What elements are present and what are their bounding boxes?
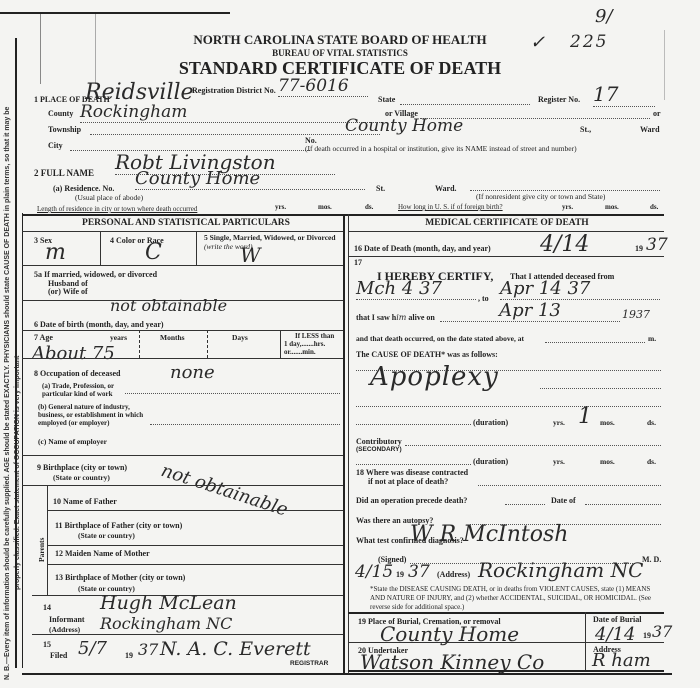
days-label: Days	[232, 333, 248, 342]
length-residence-label: Length of residence in city or town wher…	[37, 205, 197, 213]
bottom-border	[22, 673, 672, 675]
trade-label: (a) Trade, Profession, or particular kin…	[42, 382, 142, 398]
alive-label: alive on	[408, 313, 434, 322]
sign-address-label: (Address)	[437, 570, 470, 579]
rule	[32, 634, 343, 635]
personal-section-title: PERSONAL AND STATISTICAL PARTICULARS	[30, 218, 342, 228]
rule	[22, 330, 343, 331]
mos-label: mos.	[318, 203, 332, 211]
father-label: 10 Name of Father	[53, 497, 117, 506]
rule	[196, 231, 197, 265]
filed-label: Filed	[50, 651, 67, 660]
rule	[348, 642, 664, 643]
column-divider-inner	[348, 214, 349, 674]
rule	[356, 406, 661, 407]
residence-sub: (Usual place of abode)	[75, 193, 143, 202]
death-date-value: 4/14	[540, 232, 589, 257]
filed-date: 5/7	[78, 638, 107, 659]
rule	[47, 510, 343, 511]
rule	[100, 231, 101, 265]
filed-num: 15	[43, 640, 51, 649]
mother-label: 12 Maiden Name of Mother	[55, 549, 150, 558]
m-label: m.	[648, 334, 656, 343]
item-17: 17	[354, 258, 362, 267]
saw-pronoun: im	[396, 313, 406, 322]
county-value: Rockingham	[80, 102, 380, 123]
birthplace-label: 9 Birthplace (city or town)	[37, 463, 127, 472]
duration2-yrs-label: yrs.	[553, 457, 565, 466]
rule	[545, 342, 645, 343]
marital-label: 5 Single, Married, Widowed, or Divorced …	[204, 233, 342, 251]
duration-mos-value: 1	[578, 404, 592, 429]
color-value: C	[145, 240, 162, 265]
register-label: Register No.	[538, 95, 580, 104]
yrs2-label: yrs.	[562, 203, 573, 211]
city-label: City	[48, 141, 63, 150]
ds-label: ds.	[365, 203, 373, 211]
death-year: 37	[646, 235, 668, 255]
birthplace-value: not obtainable	[159, 460, 291, 521]
months-label: Months	[160, 333, 185, 342]
rule	[505, 504, 545, 505]
mos2-label: mos.	[605, 203, 619, 211]
less-day: 1 day,.......hrs.	[284, 340, 325, 348]
less-min: or.......min.	[284, 348, 316, 356]
informant-value: Hugh McLean	[100, 592, 237, 614]
informant-address-value: Rockingham NC	[100, 614, 232, 633]
or-label: or	[653, 109, 661, 118]
sign-address-value: Rockingham NC	[478, 558, 643, 582]
father-birth-sub: (State or country)	[78, 531, 135, 540]
hospital-note: (If death occurred in a hospital or inst…	[305, 144, 577, 153]
informant-label: Informant	[49, 615, 85, 624]
rule	[356, 464, 471, 465]
header-board: NORTH CAROLINA STATE BOARD OF HEALTH	[190, 32, 490, 48]
county-label: County	[48, 109, 73, 118]
residence-st-label: St.	[376, 184, 385, 193]
state-label: State	[378, 95, 395, 104]
date-of-label: Date of	[551, 496, 576, 505]
birthplace-sub: (State or country)	[53, 473, 110, 482]
header-bureau: BUREAU OF VITAL STATISTICS	[190, 48, 490, 58]
dob-label: 6 Date of birth (month, day, and year)	[34, 320, 164, 329]
ds2-label: ds.	[650, 203, 658, 211]
rule	[22, 265, 343, 266]
marital-label-text: 5 Single, Married, Widowed, or Divorced	[204, 233, 336, 242]
occupation-label: 8 Occupation of deceased	[34, 369, 120, 378]
residence-value: County Home	[135, 168, 365, 190]
cause-label: The CAUSE OF DEATH* was as follows:	[356, 350, 498, 359]
secondary-label: (SECONDARY)	[356, 446, 402, 453]
marital-value: W	[240, 243, 261, 267]
parents-label: Parents	[37, 538, 46, 562]
rule	[22, 455, 343, 456]
undertaker-address-value: R ham	[592, 650, 651, 671]
rule	[348, 256, 664, 257]
mother-birth-label: 13 Birthplace of Mother (city or town)	[55, 573, 185, 582]
rule	[348, 612, 664, 614]
rule	[47, 545, 343, 546]
operation-label: Did an operation precede death?	[356, 496, 467, 505]
sex-value: m	[45, 240, 66, 265]
sign-date: 4/15	[355, 562, 393, 582]
saw-label: that I saw him alive on	[356, 313, 435, 322]
check-mark-icon: ✓	[530, 32, 545, 53]
wife-of: (or) Wife of	[48, 287, 88, 296]
top-border	[0, 12, 230, 14]
institution-value: County Home	[345, 116, 463, 136]
rule	[280, 330, 281, 358]
nonresident-note: (If nonresident give city or town and St…	[476, 192, 605, 201]
duration-label: (duration)	[473, 418, 508, 427]
rule	[348, 231, 664, 232]
registrar-value: N. A. C. Everett	[160, 638, 311, 660]
occurred-label: and that death occurred, on the date sta…	[356, 334, 524, 343]
dob-value: not obtainable	[110, 296, 227, 315]
filed-year-prefix: 19	[125, 651, 133, 660]
rule	[585, 504, 661, 505]
signed-value: W R McIntosh	[410, 522, 568, 547]
left-border-inner	[22, 213, 23, 668]
md-label: M. D.	[642, 555, 661, 564]
rule	[207, 330, 209, 358]
margin-note: N. B.—Every item of information should b…	[4, 107, 11, 680]
rule	[47, 485, 48, 595]
less-label: If LESS than	[295, 332, 334, 340]
burial-year-prefix: 19	[643, 631, 651, 640]
informant-address-label: (Address)	[49, 625, 80, 634]
annotation-number: 225	[570, 32, 608, 52]
contracted-label: 18 Where was disease contracted	[356, 468, 468, 477]
residence-label: (a) Residence. No.	[53, 184, 114, 193]
top-tab-line	[95, 14, 96, 84]
duration-ds-label: ds.	[647, 418, 656, 427]
top-tab-line	[40, 14, 41, 84]
rule	[405, 445, 661, 446]
register-value: 17	[593, 82, 655, 107]
burial-date-label: Date of Burial	[593, 615, 641, 624]
duration2-label: (duration)	[473, 457, 508, 466]
township-label: Township	[48, 125, 81, 134]
attended-to: Apr 14 37	[500, 278, 660, 300]
residence-line	[470, 190, 660, 191]
duration-yrs-label: yrs.	[553, 418, 565, 427]
rule	[540, 388, 661, 389]
burial-year: 37	[652, 622, 672, 641]
sign-year-prefix: 19	[396, 570, 404, 579]
duration-mos-label: mos.	[600, 418, 615, 427]
death-year-prefix: 19	[635, 244, 643, 253]
right-guide	[664, 30, 665, 100]
rule	[22, 485, 343, 486]
rule	[47, 564, 343, 565]
district-label: Registration District No.	[192, 86, 276, 95]
rule	[356, 424, 471, 425]
cause-value: Apoplexy	[370, 362, 499, 392]
age-value: About 75	[32, 343, 115, 364]
contracted-sub: if not at place of death?	[368, 477, 448, 486]
alive-value: Apr 13	[440, 300, 620, 322]
district-value: 77-6016	[278, 76, 368, 97]
rule	[22, 231, 343, 232]
annotation-fraction: 9/	[595, 6, 613, 27]
rule	[125, 393, 340, 394]
attended-from: Mch 4 37	[356, 278, 476, 300]
rule	[22, 358, 343, 359]
ward-label: Ward	[640, 125, 660, 134]
township-line	[90, 134, 380, 135]
duration2-ds-label: ds.	[647, 457, 656, 466]
rule	[478, 485, 661, 486]
age-label: 7 Age	[34, 333, 53, 342]
occupation-value: none	[170, 362, 215, 383]
spouse-label: 5a If married, widowed, or divorced	[34, 270, 157, 279]
residence-ward-label: Ward.	[435, 184, 457, 193]
rule	[348, 670, 664, 672]
st-label: St.,	[580, 125, 591, 134]
footnote: *State the DISEASE CAUSING DEATH, or in …	[370, 585, 662, 612]
informant-num: 14	[43, 603, 51, 612]
alive-year: 1937	[622, 308, 650, 321]
death-date-label: 16 Date of Death (month, day, and year)	[354, 244, 491, 253]
employer-label: (c) Name of employer	[38, 437, 107, 446]
full-name-label: 2 FULL NAME	[34, 168, 94, 178]
yrs-label: yrs.	[275, 203, 286, 211]
registrar-label: REGISTRAR	[290, 660, 328, 667]
column-divider	[343, 214, 345, 674]
sign-year: 37	[408, 562, 430, 582]
state-line	[400, 104, 530, 105]
rule	[139, 330, 141, 358]
rule	[150, 424, 340, 425]
foreign-label: How long in U. S. if of foreign birth?	[398, 203, 503, 211]
father-birth-label: 11 Birthplace of Father (city or town)	[55, 521, 182, 530]
filed-year: 37	[138, 640, 158, 659]
saw-label-text: that I saw h	[356, 313, 396, 322]
duration2-mos-label: mos.	[600, 457, 615, 466]
medical-section-title: MEDICAL CERTIFICATE OF DEATH	[350, 218, 664, 228]
left-border	[15, 38, 17, 668]
years-label: years	[110, 333, 127, 342]
contributory-label: Contributory	[356, 437, 402, 446]
industry-label: (b) General nature of industry, business…	[38, 403, 158, 427]
